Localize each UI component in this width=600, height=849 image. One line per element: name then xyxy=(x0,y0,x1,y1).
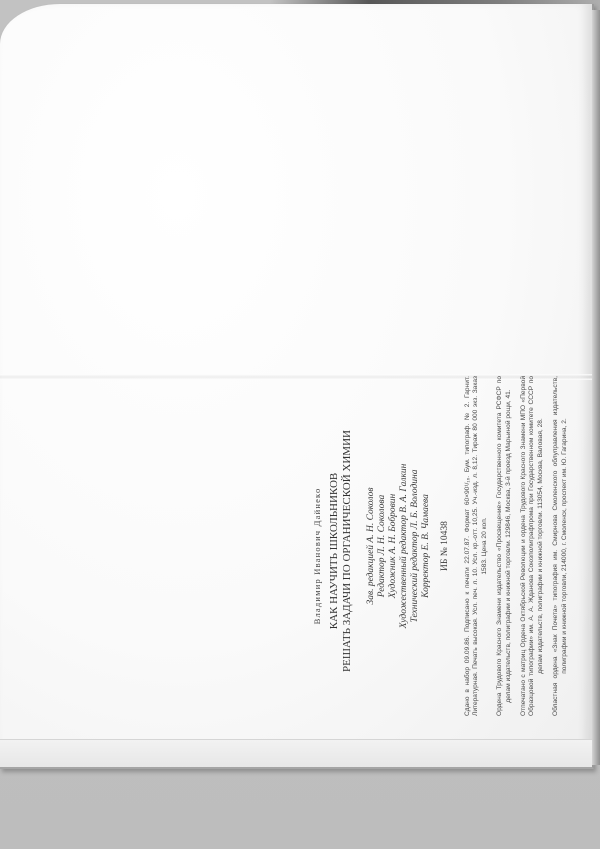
credit-artist: Художник А. Н. Бобровин xyxy=(388,426,399,666)
matrix-printer-info: Отпечатано с матриц Ордена Октябрьской Р… xyxy=(520,376,545,716)
credit-editor: Редактор Л. Н. Соколова xyxy=(377,426,388,666)
publication-imprint: Сдано в набор 09.09.86. Подписано к печа… xyxy=(464,376,569,716)
page-bottom-edge xyxy=(0,739,592,769)
title-line-2: решать задачи по органической химии xyxy=(341,386,354,716)
title-line-1: Как научить школьников xyxy=(328,386,341,716)
print-details: Сдано в набор 09.09.86. Подписано к печа… xyxy=(464,376,489,716)
book-page: Владимир Иванович Дайнеко Как научить шк… xyxy=(0,4,594,769)
credit-art-editor: Художественный редактор В. А. Галкин xyxy=(399,426,410,666)
author-name: Владимир Иванович Дайнеко xyxy=(312,436,322,676)
credit-technical-editor: Технический редактор Л. Б. Володина xyxy=(410,426,421,666)
scanned-page: Владимир Иванович Дайнеко Как научить шк… xyxy=(0,0,600,849)
editorial-credits: Зав. редакцией А. Н. Соколов Редактор Л.… xyxy=(366,426,432,666)
printer-info: Областная ордена «Знак Почета» типографи… xyxy=(552,376,569,716)
credit-head-of-editorial: Зав. редакцией А. Н. Соколов xyxy=(366,426,377,666)
publisher-info: Ордена Трудового Красного Знамени издате… xyxy=(496,376,513,716)
ib-number: ИБ № 10438 xyxy=(440,426,450,666)
imprint-block: Владимир Иванович Дайнеко Как научить шк… xyxy=(312,376,576,716)
book-title: Как научить школьников решать задачи по … xyxy=(328,386,354,716)
page-right-edge xyxy=(592,10,600,765)
credit-proofreader: Корректор Е. В. Чамаева xyxy=(421,426,432,666)
